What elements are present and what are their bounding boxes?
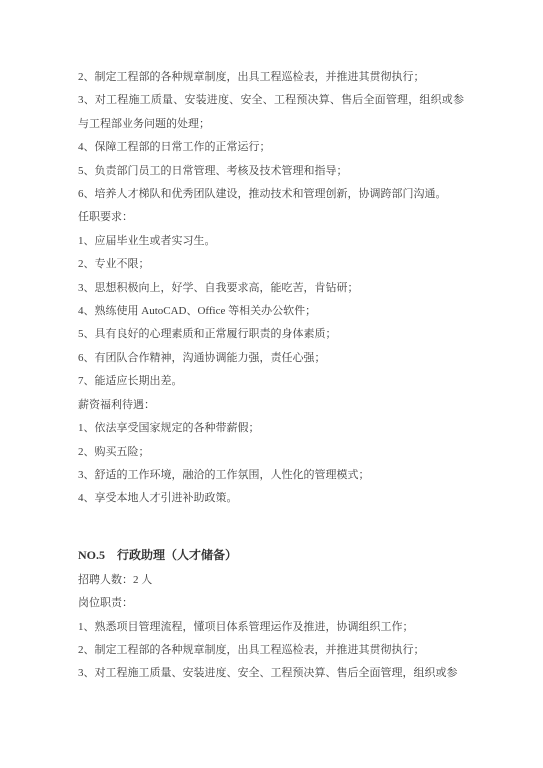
document-content: 2、制定工程部的各种规章制度，出具工程巡检表，并推进其贯彻执行； 3、对工程施工…: [78, 66, 464, 686]
responsibility-item: 2、制定工程部的各种规章制度，出具工程巡检表，并推进其贯彻执行；: [78, 66, 464, 89]
requirement-item: 7、能适应长期出差。: [78, 370, 464, 393]
responsibility-item: 4、保障工程部的日常工作的正常运行；: [78, 136, 464, 159]
requirement-item: 5、具有良好的心理素质和正常履行职责的身体素质；: [78, 323, 464, 346]
benefit-item: 2、购买五险；: [78, 441, 464, 464]
responsibility-item: 6、培养人才梯队和优秀团队建设，推动技术和管理创新，协调跨部门沟通。: [78, 183, 464, 206]
duty-item: 3、对工程施工质量、安装进度、安全、工程预决算、售后全面管理，组织或参: [78, 662, 464, 685]
recruit-count-line: 招聘人数：2 人: [78, 569, 464, 592]
duties-label: 岗位职责：: [78, 592, 464, 615]
requirement-item: 3、思想积极向上，好学、自我要求高，能吃苦，肯钻研；: [78, 277, 464, 300]
responsibility-item: 5、负责部门员工的日常管理、考核及技术管理和指导；: [78, 160, 464, 183]
requirement-item: 6、有团队合作精神，沟通协调能力强，责任心强；: [78, 347, 464, 370]
job-section-heading: NO.5 行政助理（人才储备）: [78, 542, 464, 569]
benefit-item: 4、享受本地人才引进补助政策。: [78, 487, 464, 510]
document-page: 2、制定工程部的各种规章制度，出具工程巡检表，并推进其贯彻执行； 3、对工程施工…: [0, 0, 543, 768]
benefits-label: 薪资福利待遇：: [78, 394, 464, 417]
requirement-item: 1、应届毕业生或者实习生。: [78, 230, 464, 253]
requirements-label: 任职要求：: [78, 206, 464, 229]
duty-item: 2、制定工程部的各种规章制度，出具工程巡检表，并推进其贯彻执行；: [78, 639, 464, 662]
benefit-item: 3、舒适的工作环境，融洽的工作氛围，人性化的管理模式；: [78, 464, 464, 487]
responsibility-item: 3、对工程施工质量、安装进度、安全、工程预决算、售后全面管理，组织或参与工程部业…: [78, 89, 464, 136]
benefit-item: 1、依法享受国家规定的各种带薪假；: [78, 417, 464, 440]
job-section-no5: NO.5 行政助理（人才储备） 招聘人数：2 人 岗位职责： 1、熟悉项目管理流…: [78, 542, 464, 686]
requirement-item: 2、专业不限；: [78, 253, 464, 276]
duty-item: 1、熟悉项目管理流程，懂项目体系管理运作及推进，协调组织工作；: [78, 616, 464, 639]
job-section-previous-tail: 2、制定工程部的各种规章制度，出具工程巡检表，并推进其贯彻执行； 3、对工程施工…: [78, 66, 464, 511]
requirement-item: 4、熟练使用 AutoCAD、Office 等相关办公软件；: [78, 300, 464, 323]
